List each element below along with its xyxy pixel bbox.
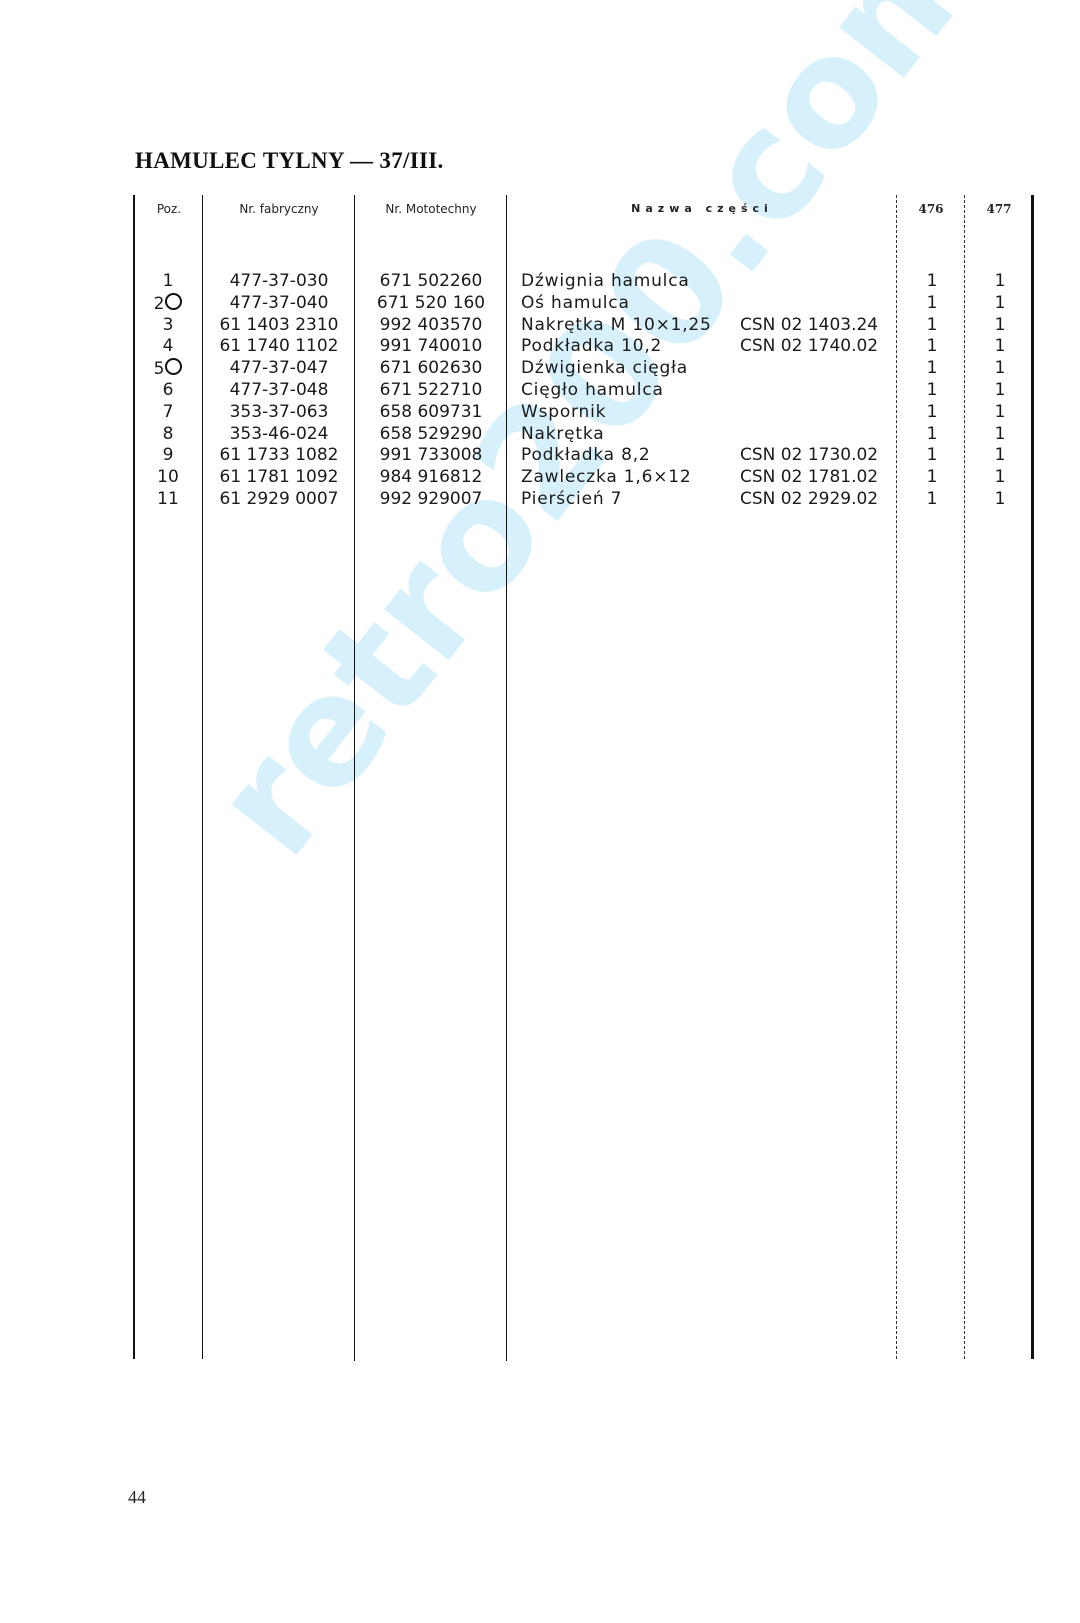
cell-qty-477: 1 (970, 402, 1030, 422)
cell-fabryczny: 61 1740 1102 (206, 336, 352, 356)
cell-nazwa: Pierścień 7 (521, 489, 622, 509)
cell-nazwa-text: Oś hamulca (521, 293, 630, 313)
cell-poz-text: 11 (157, 489, 179, 509)
cell-mototechny-text: 658 609731 (380, 402, 483, 422)
cell-fabryczny: 61 2929 0007 (206, 489, 352, 509)
cell-mototechny: 984 916812 (358, 467, 504, 487)
cell-nazwa-text: Wspornik (521, 402, 606, 422)
cell-qty-476-text: 1 (927, 358, 938, 378)
cell-mototechny: 992 929007 (358, 489, 504, 509)
table-row: 1161 2929 0007992 929007Pierścień 7CSN 0… (0, 489, 1080, 511)
cell-qty-477: 1 (970, 445, 1030, 465)
cell-poz-text: 6 (163, 380, 174, 400)
cell-nazwa-text: Zawleczka 1,6×12 (521, 467, 692, 487)
cell-qty-476-text: 1 (927, 445, 938, 465)
cell-norma-text: CSN 02 1781.02 (740, 467, 878, 487)
cell-mototechny-text: 992 929007 (380, 489, 483, 509)
cell-qty-476-text: 1 (927, 336, 938, 356)
cell-poz: 6 (138, 380, 198, 400)
cell-nazwa-text: Dźwignia hamulca (521, 271, 690, 291)
cell-qty-477-text: 1 (995, 336, 1006, 356)
cell-qty-477-text: 1 (995, 424, 1006, 444)
header-477: 477 (966, 202, 1032, 216)
cell-fabryczny-text: 477-37-040 (230, 293, 329, 313)
table-row: 2477-37-040671 520 160Oś hamulca11 (0, 293, 1080, 315)
cell-qty-476-text: 1 (927, 402, 938, 422)
cell-nazwa-text: Pierścień 7 (521, 489, 622, 509)
cell-nazwa: Wspornik (521, 402, 606, 422)
cell-fabryczny-text: 61 1781 1092 (220, 467, 339, 487)
cell-qty-476: 1 (903, 402, 961, 422)
cell-mototechny: 658 609731 (358, 402, 504, 422)
table-row: 1477-37-030671 502260Dźwignia hamulca11 (0, 271, 1080, 293)
cell-qty-477: 1 (970, 293, 1030, 313)
cell-norma-text: CSN 02 1730.02 (740, 445, 878, 465)
cell-mototechny: 671 502260 (358, 271, 504, 291)
cell-mototechny: 671 520 160 (358, 293, 504, 313)
cell-fabryczny: 353-37-063 (206, 402, 352, 422)
cell-poz-text: 3 (163, 315, 174, 335)
cell-fabryczny-text: 353-37-063 (230, 402, 329, 422)
cell-nazwa-text: Podkładka 8,2 (521, 445, 651, 465)
cell-qty-476-text: 1 (927, 293, 938, 313)
page-number: 44 (128, 1487, 146, 1508)
cell-fabryczny: 61 1403 2310 (206, 315, 352, 335)
cell-qty-477-text: 1 (995, 489, 1006, 509)
header-poz: Poz. (136, 202, 202, 216)
cell-mototechny-text: 992 403570 (380, 315, 483, 335)
cell-qty-476-text: 1 (927, 271, 938, 291)
cell-fabryczny-text: 353-46-024 (230, 424, 329, 444)
cell-fabryczny-text: 477-37-048 (230, 380, 329, 400)
cell-poz-text: 8 (163, 424, 174, 444)
cell-nazwa-text: Nakrętka M 10×1,25 (521, 315, 712, 335)
cell-qty-477: 1 (970, 424, 1030, 444)
cell-poz: 9 (138, 445, 198, 465)
cell-fabryczny: 61 1733 1082 (206, 445, 352, 465)
cell-mototechny: 991 740010 (358, 336, 504, 356)
cell-norma-text: CSN 02 2929.02 (740, 489, 878, 509)
cell-poz: 8 (138, 424, 198, 444)
cell-qty-476: 1 (903, 380, 961, 400)
cell-fabryczny-text: 61 2929 0007 (220, 489, 339, 509)
cell-qty-477-text: 1 (995, 358, 1006, 378)
cell-mototechny-text: 671 602630 (380, 358, 483, 378)
table-row: 6477-37-048671 522710Cięgło hamulca11 (0, 380, 1080, 402)
cell-nazwa: Dźwignia hamulca (521, 271, 690, 291)
cell-qty-476: 1 (903, 293, 961, 313)
cell-fabryczny: 477-37-048 (206, 380, 352, 400)
cell-norma: CSN 02 1740.02 (740, 336, 878, 356)
cell-qty-477: 1 (970, 271, 1030, 291)
cell-poz-text: 4 (163, 336, 174, 356)
cell-qty-477: 1 (970, 315, 1030, 335)
cell-mototechny-text: 991 733008 (380, 445, 483, 465)
cell-qty-477: 1 (970, 489, 1030, 509)
cell-mototechny-text: 671 522710 (380, 380, 483, 400)
table-row: 461 1740 1102991 740010Podkładka 10,2CSN… (0, 336, 1080, 358)
cell-qty-476: 1 (903, 336, 961, 356)
cell-qty-477-text: 1 (995, 271, 1006, 291)
cell-qty-476-text: 1 (927, 424, 938, 444)
cell-nazwa-text: Podkładka 10,2 (521, 336, 662, 356)
cell-qty-477: 1 (970, 358, 1030, 378)
cell-qty-477-text: 1 (995, 402, 1006, 422)
cell-qty-476: 1 (903, 424, 961, 444)
cell-fabryczny: 353-46-024 (206, 424, 352, 444)
cell-fabryczny: 477-37-030 (206, 271, 352, 291)
cell-qty-476: 1 (903, 489, 961, 509)
cell-fabryczny-text: 61 1733 1082 (220, 445, 339, 465)
cell-poz-text: 7 (163, 402, 174, 422)
cell-fabryczny: 477-37-040 (206, 293, 352, 313)
cell-qty-476-text: 1 (927, 467, 938, 487)
header-fabryczny: Nr. fabryczny (204, 202, 354, 216)
cell-qty-477: 1 (970, 380, 1030, 400)
cell-qty-477-text: 1 (995, 445, 1006, 465)
cell-mototechny-text: 984 916812 (380, 467, 483, 487)
cell-qty-476-text: 1 (927, 489, 938, 509)
cell-nazwa-text: Nakrętka (521, 424, 604, 444)
cell-qty-477-text: 1 (995, 315, 1006, 335)
header-nazwa: Nazwa części (508, 202, 896, 215)
cell-fabryczny-text: 61 1740 1102 (220, 336, 339, 356)
cell-poz: 11 (138, 489, 198, 509)
cell-nazwa: Nakrętka (521, 424, 604, 444)
cell-mototechny-text: 658 529290 (380, 424, 483, 444)
cell-qty-476: 1 (903, 358, 961, 378)
cell-poz: 4 (138, 336, 198, 356)
table-row: 5477-37-047671 602630Dźwigienka cięgła11 (0, 358, 1080, 380)
cell-poz: 3 (138, 315, 198, 335)
cell-poz: 10 (138, 467, 198, 487)
cell-fabryczny: 61 1781 1092 (206, 467, 352, 487)
cell-norma: CSN 02 1730.02 (740, 445, 878, 465)
cell-qty-477-text: 1 (995, 380, 1006, 400)
cell-qty-476: 1 (903, 315, 961, 335)
cell-qty-476-text: 1 (927, 380, 938, 400)
cell-poz-text: 10 (157, 467, 179, 487)
cell-mototechny-text: 671 502260 (380, 271, 483, 291)
cell-norma: CSN 02 1781.02 (740, 467, 878, 487)
cell-mototechny: 671 602630 (358, 358, 504, 378)
table-row: 361 1403 2310992 403570Nakrętka M 10×1,2… (0, 315, 1080, 337)
cell-mototechny-text: 671 520 160 (377, 293, 485, 313)
table-row: 7353-37-063658 609731Wspornik11 (0, 402, 1080, 424)
table-row: 1061 1781 1092984 916812Zawleczka 1,6×12… (0, 467, 1080, 489)
cell-qty-477-text: 1 (995, 467, 1006, 487)
cell-nazwa: Podkładka 10,2 (521, 336, 662, 356)
cell-mototechny: 992 403570 (358, 315, 504, 335)
cell-nazwa: Nakrętka M 10×1,25 (521, 315, 712, 335)
cell-nazwa-text: Dźwigienka cięgła (521, 358, 688, 378)
circle-mark-icon (165, 358, 182, 375)
cell-nazwa: Dźwigienka cięgła (521, 358, 688, 378)
cell-qty-476: 1 (903, 271, 961, 291)
cell-poz-text: 5 (154, 359, 165, 379)
cell-nazwa: Oś hamulca (521, 293, 630, 313)
cell-nazwa: Cięgło hamulca (521, 380, 664, 400)
cell-norma-text: CSN 02 1740.02 (740, 336, 878, 356)
cell-fabryczny-text: 477-37-047 (230, 358, 329, 378)
cell-qty-476-text: 1 (927, 315, 938, 335)
cell-poz-text: 9 (163, 445, 174, 465)
cell-norma-text: CSN 02 1403.24 (740, 315, 878, 335)
cell-qty-476: 1 (903, 467, 961, 487)
circle-mark-icon (165, 293, 182, 310)
cell-poz-text: 1 (163, 271, 174, 291)
cell-poz: 2 (138, 293, 198, 314)
cell-norma: CSN 02 2929.02 (740, 489, 878, 509)
cell-poz: 7 (138, 402, 198, 422)
cell-nazwa-text: Cięgło hamulca (521, 380, 664, 400)
cell-mototechny: 658 529290 (358, 424, 504, 444)
cell-qty-477: 1 (970, 336, 1030, 356)
cell-mototechny: 671 522710 (358, 380, 504, 400)
cell-qty-476: 1 (903, 445, 961, 465)
cell-fabryczny-text: 477-37-030 (230, 271, 329, 291)
cell-poz: 5 (138, 358, 198, 379)
cell-mototechny-text: 991 740010 (380, 336, 483, 356)
cell-nazwa: Zawleczka 1,6×12 (521, 467, 692, 487)
header-mototechny: Nr. Mototechny (356, 202, 506, 216)
cell-norma: CSN 02 1403.24 (740, 315, 878, 335)
table-row: 961 1733 1082991 733008Podkładka 8,2CSN … (0, 445, 1080, 467)
cell-qty-477: 1 (970, 467, 1030, 487)
cell-mototechny: 991 733008 (358, 445, 504, 465)
table-row: 8353-46-024658 529290Nakrętka11 (0, 424, 1080, 446)
cell-poz-text: 2 (154, 294, 165, 314)
cell-fabryczny-text: 61 1403 2310 (220, 315, 339, 335)
header-476: 476 (898, 202, 964, 216)
cell-poz: 1 (138, 271, 198, 291)
cell-fabryczny: 477-37-047 (206, 358, 352, 378)
cell-qty-477-text: 1 (995, 293, 1006, 313)
cell-nazwa: Podkładka 8,2 (521, 445, 651, 465)
page-title: HAMULEC TYLNY — 37/III. (135, 148, 444, 174)
